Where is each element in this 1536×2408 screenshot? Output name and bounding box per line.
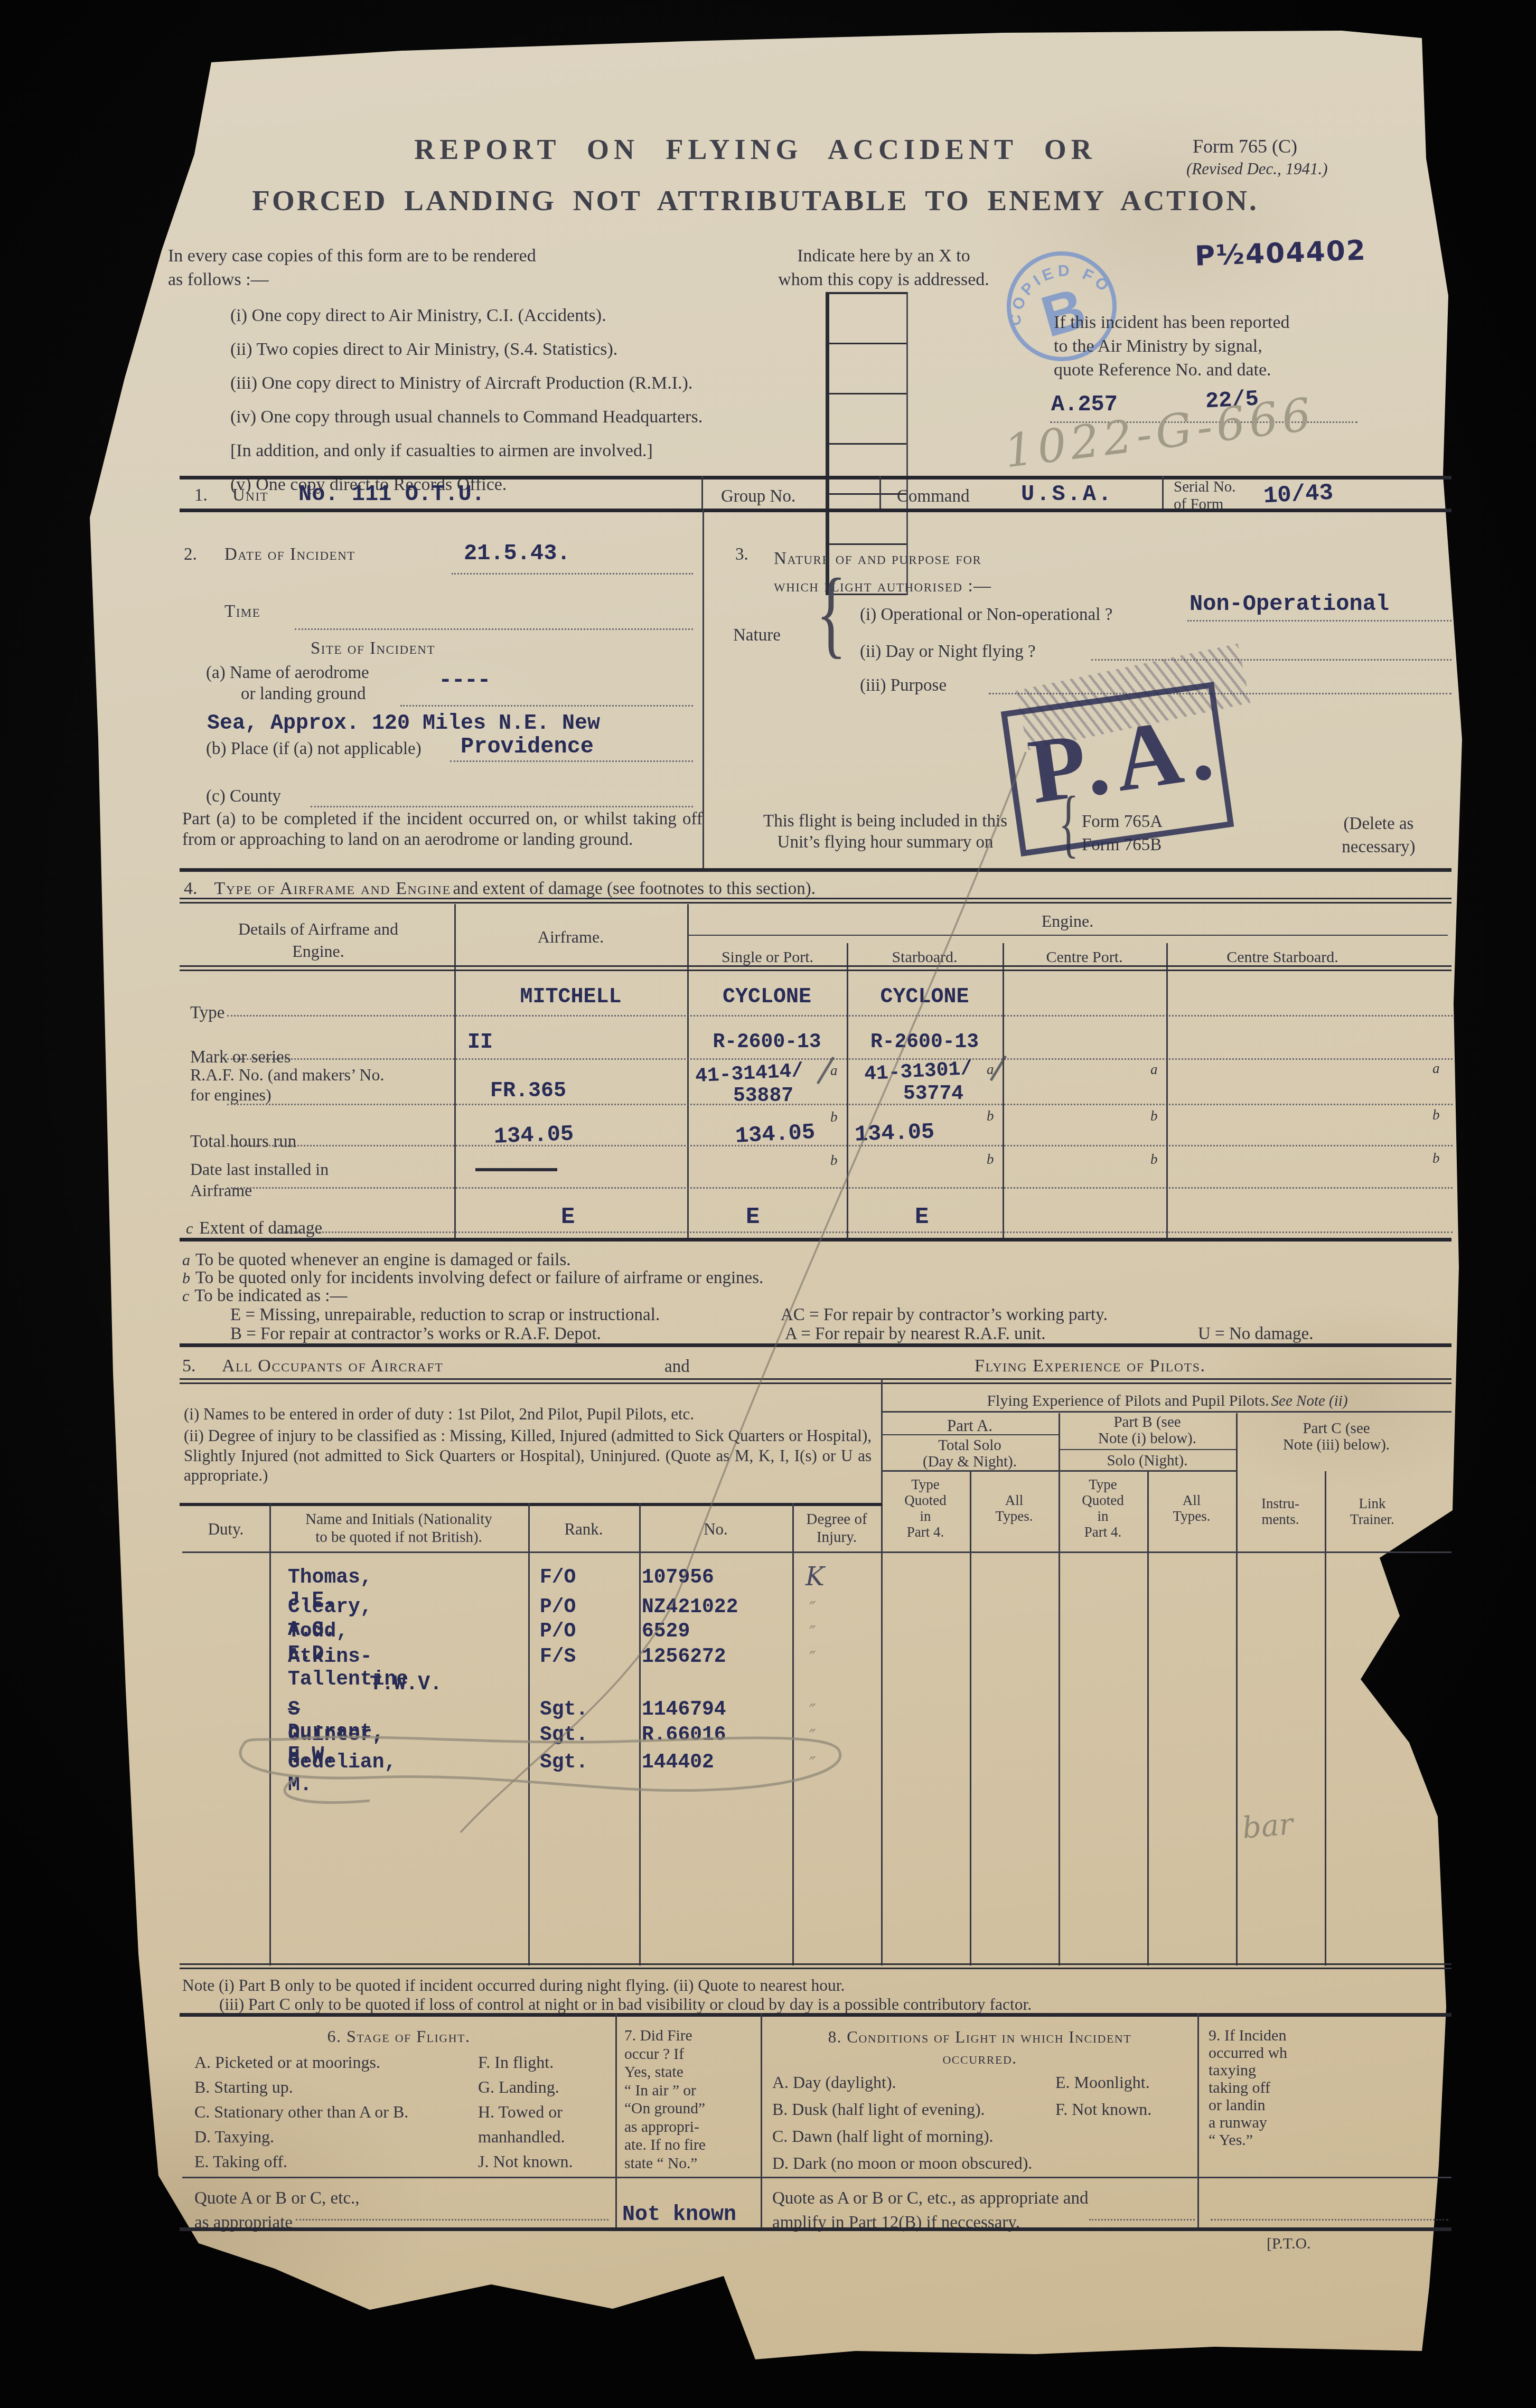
command-value: U.S.A. (1021, 482, 1113, 507)
occupant-injury: K (806, 1562, 825, 1592)
leader (1091, 659, 1451, 661)
occupant-number: 144402 (642, 1751, 714, 1774)
col-rank-header: Rank. (528, 1520, 639, 1539)
leader (227, 1104, 1453, 1105)
subcol-link-trainer: Link Trainer. (1325, 1495, 1420, 1527)
rule-double (180, 1963, 1451, 1969)
installed-airframe-dash (475, 1168, 557, 1171)
type-row-label: Type (190, 1003, 225, 1023)
occupant-name: Gedelian, M. (288, 1751, 396, 1796)
county-label: (c) County (206, 787, 281, 806)
divider (879, 476, 881, 510)
table-divider (639, 1503, 641, 1965)
aerodrome-label-line1: (a) Name of aerodrome (206, 663, 369, 683)
hours-starboard-value: 134.05 (854, 1119, 935, 1147)
rule (182, 2177, 1451, 2178)
rule-double (180, 965, 1451, 971)
footnote-b-marker: b (182, 1269, 190, 1287)
footnote-marker-b: b (1150, 1151, 1158, 1168)
damage-row-label: c Extent of damage (186, 1219, 322, 1238)
leader (450, 760, 693, 762)
rule-double (180, 1378, 1451, 1384)
occupant-rank: F/O (540, 1566, 576, 1589)
sub-rule (881, 1470, 1236, 1472)
section6-options-right: F. In flight. G. Landing. H. Towed or ma… (478, 2050, 573, 2174)
occupant-number: 107956 (642, 1566, 714, 1589)
raf-starboard-value-line2: 53774 (903, 1083, 963, 1105)
footnote-b: b To be quoted only for incidents involv… (182, 1268, 763, 1288)
table-divider (269, 1503, 271, 1965)
occupant-name-line2: T.W.V. (370, 1673, 442, 1696)
table-divider (1166, 943, 1168, 1238)
footnote-marker-b: b (1432, 1107, 1440, 1123)
divider (701, 476, 703, 510)
raf-no-row-label: R.A.F. No. (and makers’ No. for engines) (190, 1065, 384, 1105)
section7-heading: 7. Did Fire occur ? If Yes, state “ In a… (624, 2027, 756, 2172)
col-starboard-header: Starboard. (847, 948, 1003, 966)
pa-stamp-text: P.A. (1023, 693, 1226, 825)
sub-divider (1147, 1471, 1149, 1965)
aerodrome-label-line2: or landing ground (241, 684, 366, 704)
address-x-cell (829, 344, 906, 394)
leader (295, 628, 693, 630)
subcol-type-a: Type Quoted in Part 4. (881, 1476, 970, 1540)
leader (277, 1231, 1453, 1233)
section1-number: 1. (194, 486, 208, 505)
sub-divider (1325, 1471, 1326, 1965)
distribution-intro: In every case copies of this form are to… (168, 244, 728, 291)
subcol-all-a: All Types. (970, 1492, 1059, 1524)
table-divider (528, 1503, 530, 1965)
leader (1089, 2219, 1195, 2221)
subcol-type-b: Type Quoted in Part 4. (1059, 1476, 1147, 1540)
legend-b: B = For repair at contractor’s works or … (230, 1324, 601, 1344)
fire-answer: Not known (622, 2203, 736, 2227)
occupant-injury-ditto: ″ (809, 1598, 816, 1619)
legend-u: U = No damage. (1198, 1324, 1313, 1344)
site-of-incident-label: Site of Incident (311, 639, 435, 659)
section3-heading: Nature of and purpose for which flight a… (774, 545, 992, 600)
occupant-rank: Sgt. (540, 1751, 588, 1774)
damage-port-value: E (746, 1204, 760, 1230)
section2-number: 2. (184, 545, 197, 565)
name-strike: S (288, 1698, 300, 1721)
leader (400, 705, 693, 707)
col-injury-header: Degree of Injury. (792, 1510, 881, 1546)
column-divider (1197, 2013, 1199, 2227)
section5-number: 5. (182, 1356, 196, 1376)
section6-options-left: A. Picketed or at moorings. B. Starting … (194, 2050, 408, 2174)
serial-no-value: 10/43 (1263, 480, 1334, 510)
form-ref: Form 765 (C) (1193, 135, 1297, 157)
delete-as-necessary-note: (Delete as necessary) (1310, 812, 1447, 859)
operational-value: Non-Operational (1190, 591, 1389, 617)
rule (180, 1343, 1451, 1347)
column-divider (761, 2013, 762, 2227)
footnote-marker-a: a (1150, 1061, 1158, 1078)
group-no-label: Group No. (721, 487, 795, 506)
engine-underline (687, 935, 1448, 936)
col-engine-header: Engine. (687, 911, 1448, 931)
leader (1187, 620, 1451, 622)
col-port-header: Single or Port. (688, 948, 847, 966)
subcol-instruments: Instru- ments. (1236, 1495, 1325, 1527)
form-title-line2: FORCED LANDING NOT ATTRIBUTABLE TO ENEMY… (174, 184, 1336, 217)
damage-label-text: Extent of damage (199, 1219, 322, 1238)
occupant-number: 1146794 (642, 1698, 726, 1721)
occupant-injury-ditto: ″ (809, 1700, 816, 1722)
occupants-note-i: (i) Names to be entered in order of duty… (184, 1405, 870, 1424)
section4-heading-rest: and extent of damage (see footnotes to t… (453, 879, 816, 898)
part-a-underline (881, 1434, 1059, 1435)
rule (180, 2013, 1451, 2017)
aerodrome-value-text: Sea, Approx. 120 Miles N.E. New (207, 712, 600, 736)
footnote-marker-b: b (987, 1108, 994, 1124)
col-airframe-header: Airframe. (454, 927, 687, 947)
rule (180, 868, 1451, 872)
table-divider (1003, 943, 1004, 1238)
footnote-c-marker: c (182, 1287, 189, 1305)
day-night-label: (ii) Day or Night flying ? (860, 642, 1036, 662)
occupant-number: 6529 (642, 1620, 690, 1643)
header-underline (182, 1551, 1451, 1553)
sub-divider (970, 1471, 971, 1965)
legend-a: A = For repair by nearest R.A.F. unit. (785, 1324, 1046, 1344)
footnote-c: c To be indicated as :— (182, 1286, 347, 1306)
leader (227, 1187, 1453, 1189)
footnote-marker-a: a (1432, 1060, 1440, 1077)
footnote-a-text: To be quoted whenever an engine is damag… (195, 1250, 571, 1269)
section9-fragment: 9. If Inciden occurred wh taxying taking… (1209, 2027, 1436, 2149)
occupant-rank: Sgt. (540, 1698, 588, 1721)
reference-number-stamp: P½404402 (1194, 234, 1367, 272)
unit-label: Unit (232, 486, 268, 505)
part-b-header: Part B (see Note (i) below). (1059, 1414, 1236, 1447)
damage-starboard-value: E (915, 1204, 929, 1230)
footnote-marker-b: b (1432, 1150, 1440, 1167)
scanned-document-page: REPORT ON FLYING ACCIDENT OR FORCED LAND… (0, 0, 1536, 2408)
leader (452, 573, 693, 575)
col-details-header: Details of Airframe and Engine. (182, 918, 454, 962)
occupant-injury-ditto: ″ (809, 1753, 816, 1774)
purpose-label: (iii) Purpose (860, 676, 947, 695)
part-a-subheader: Total Solo (Day & Night). (881, 1437, 1059, 1470)
time-label: Time (224, 602, 260, 622)
section4-number: 4. (184, 879, 198, 898)
type-airframe-value: MITCHELL (454, 985, 687, 1009)
section5-heading-and: and (664, 1357, 690, 1377)
column-divider (703, 509, 704, 869)
part-a-header: Part A. (881, 1416, 1059, 1435)
pa-stamp: P.A. (1001, 682, 1234, 857)
col-name-header: Name and Initials (Nationality to be quo… (269, 1510, 528, 1546)
footnote-a: a To be quoted whenever an engine is dam… (182, 1250, 571, 1270)
footnote-marker-a: a (830, 1062, 838, 1079)
rule (180, 509, 1451, 512)
footnote-a-marker: a (182, 1252, 190, 1269)
occupant-injury-ditto: ″ (809, 1726, 816, 1747)
footnote-marker-a: a (987, 1061, 994, 1078)
mark-port-value: R-2600-13 (687, 1031, 847, 1053)
pto-note: [P.T.O. (1267, 2235, 1311, 2253)
installed-row-label: Date last installed in Airframe (190, 1159, 329, 1201)
leader (227, 1145, 1453, 1146)
pencil-margin-word: bar (1241, 1807, 1294, 1846)
command-label: Command (897, 487, 970, 506)
occupant-rank: P/O (540, 1596, 576, 1619)
occupant-injury-ditto: ″ (809, 1622, 816, 1643)
raf-airframe-value: FR.365 (490, 1079, 566, 1103)
rule (180, 1238, 1451, 1241)
footnote-marker-b: b (830, 1109, 838, 1125)
occupant-rank: P/O (540, 1620, 576, 1643)
footnote-b-text: To be quoted only for incidents involvin… (195, 1268, 763, 1287)
unit-value: No. 111 O.T.U. (298, 482, 485, 507)
experience-underline (881, 1411, 1451, 1413)
part-b-subheader: Solo (Night). (1059, 1452, 1236, 1470)
form-title-line1: REPORT ON FLYING ACCIDENT OR (201, 133, 1310, 166)
occupant-rank: Sgt. (540, 1724, 588, 1746)
aerodrome-value-dashes: ---- (438, 667, 490, 694)
col-no-header: No. (639, 1520, 792, 1539)
col-duty-header: Duty. (182, 1520, 269, 1539)
section3-number: 3. (735, 545, 748, 565)
date-of-incident-label: Date of Incident (224, 545, 355, 565)
legend-e: E = Missing, unrepairable, reduction to … (230, 1305, 660, 1325)
flight-summary-note: This flight is being included in this Un… (714, 811, 1056, 853)
place-label: (b) Place (if (a) not applicable) (206, 739, 422, 759)
address-x-cell (829, 394, 906, 445)
legend-ac: AC = For repair by contractor’s working … (781, 1305, 1108, 1325)
note-line1: Note (i) Part B only to be quoted if inc… (182, 1976, 1397, 1995)
distribution-items: (i) One copy direct to Air Ministry, C.I… (230, 299, 811, 502)
table-divider (792, 1503, 794, 1965)
section6-heading: 6. Stage of Flight. (182, 2027, 615, 2046)
occupant-number: NZ421022 (642, 1596, 738, 1619)
section4-heading: 4. Type of Airframe and Engine and exten… (184, 879, 816, 899)
leader (1211, 2219, 1448, 2221)
reported-note: If this incident has been reported to th… (1054, 311, 1471, 382)
form-revised-date: (Revised Dec., 1941.) (1186, 159, 1328, 178)
leader (227, 1058, 1453, 1060)
section5-heading-right: Flying Experience of Pilots. (975, 1356, 1206, 1376)
type-starboard-value: CYCLONE (847, 985, 1003, 1009)
part-c-header: Part C (see Note (iii) below). (1236, 1421, 1437, 1453)
section8-options-col1: A. Day (daylight). B. Dusk (half light o… (772, 2069, 1032, 2177)
experience-title: Flying Experience of Pilots and Pupil Pi… (883, 1392, 1451, 1410)
section4-heading-caps: Type of Airframe and Engine (214, 879, 451, 898)
rule (180, 1503, 882, 1506)
place-value: Providence (461, 734, 594, 759)
col-centre-starboard-header: Centre Starboard. (1166, 948, 1399, 966)
leader (311, 806, 693, 807)
note-line2: (iii) Part C only to be quoted if loss o… (219, 1995, 1434, 2014)
operational-label: (i) Operational or Non-operational ? (860, 605, 1112, 625)
divider (1162, 476, 1164, 510)
mark-airframe-value: II (467, 1031, 493, 1055)
address-x-cell (829, 294, 906, 344)
occupant-number: 1256272 (642, 1645, 726, 1668)
leader (296, 2219, 608, 2221)
rule-double (180, 898, 1451, 904)
part-a-note: Part (a) to be completed if the incident… (182, 809, 703, 850)
damage-label-marker: c (186, 1220, 193, 1237)
subcol-all-b: All Types. (1147, 1492, 1236, 1524)
footnote-marker-b: b (830, 1152, 838, 1169)
nature-label: Nature (733, 626, 781, 645)
section8-heading: 8. Conditions of Light in which Incident… (763, 2027, 1196, 2069)
section8-options-col2: E. Moonlight. F. Not known. (1055, 2069, 1151, 2123)
occupant-rank: F/S (540, 1645, 576, 1668)
col-centre-port-header: Centre Port. (1003, 948, 1166, 966)
address-x-cell (829, 495, 906, 545)
section5-heading-left: All Occupants of Aircraft (222, 1356, 443, 1376)
occupant-injury-ditto: ″ (809, 1648, 816, 1669)
occupant-number: R.66016 (642, 1724, 726, 1746)
rule (180, 476, 1451, 479)
damage-airframe-value: E (561, 1204, 575, 1230)
leader (227, 1015, 1453, 1017)
footnote-marker-b: b (1150, 1108, 1158, 1124)
date-of-incident-value: 21.5.43. (464, 541, 570, 566)
column-divider (615, 2013, 617, 2227)
experience-title-note: See Note (ii) (1271, 1393, 1348, 1409)
type-port-value: CYCLONE (687, 985, 847, 1009)
occupants-note-ii: (ii) Degree of injury to be classified a… (184, 1426, 872, 1485)
nature-brace: { (816, 557, 847, 670)
footnote-c-text: To be indicated as :— (194, 1286, 347, 1305)
address-x-cell (829, 445, 906, 495)
rule (180, 2227, 1451, 2231)
hours-row-label: Total hours run (190, 1132, 296, 1152)
footnote-marker-b: b (987, 1151, 994, 1168)
part-b-underline (1059, 1449, 1236, 1450)
mark-starboard-value: R-2600-13 (847, 1031, 1003, 1053)
experience-title-text: Flying Experience of Pilots and Pupil Pi… (987, 1392, 1269, 1409)
